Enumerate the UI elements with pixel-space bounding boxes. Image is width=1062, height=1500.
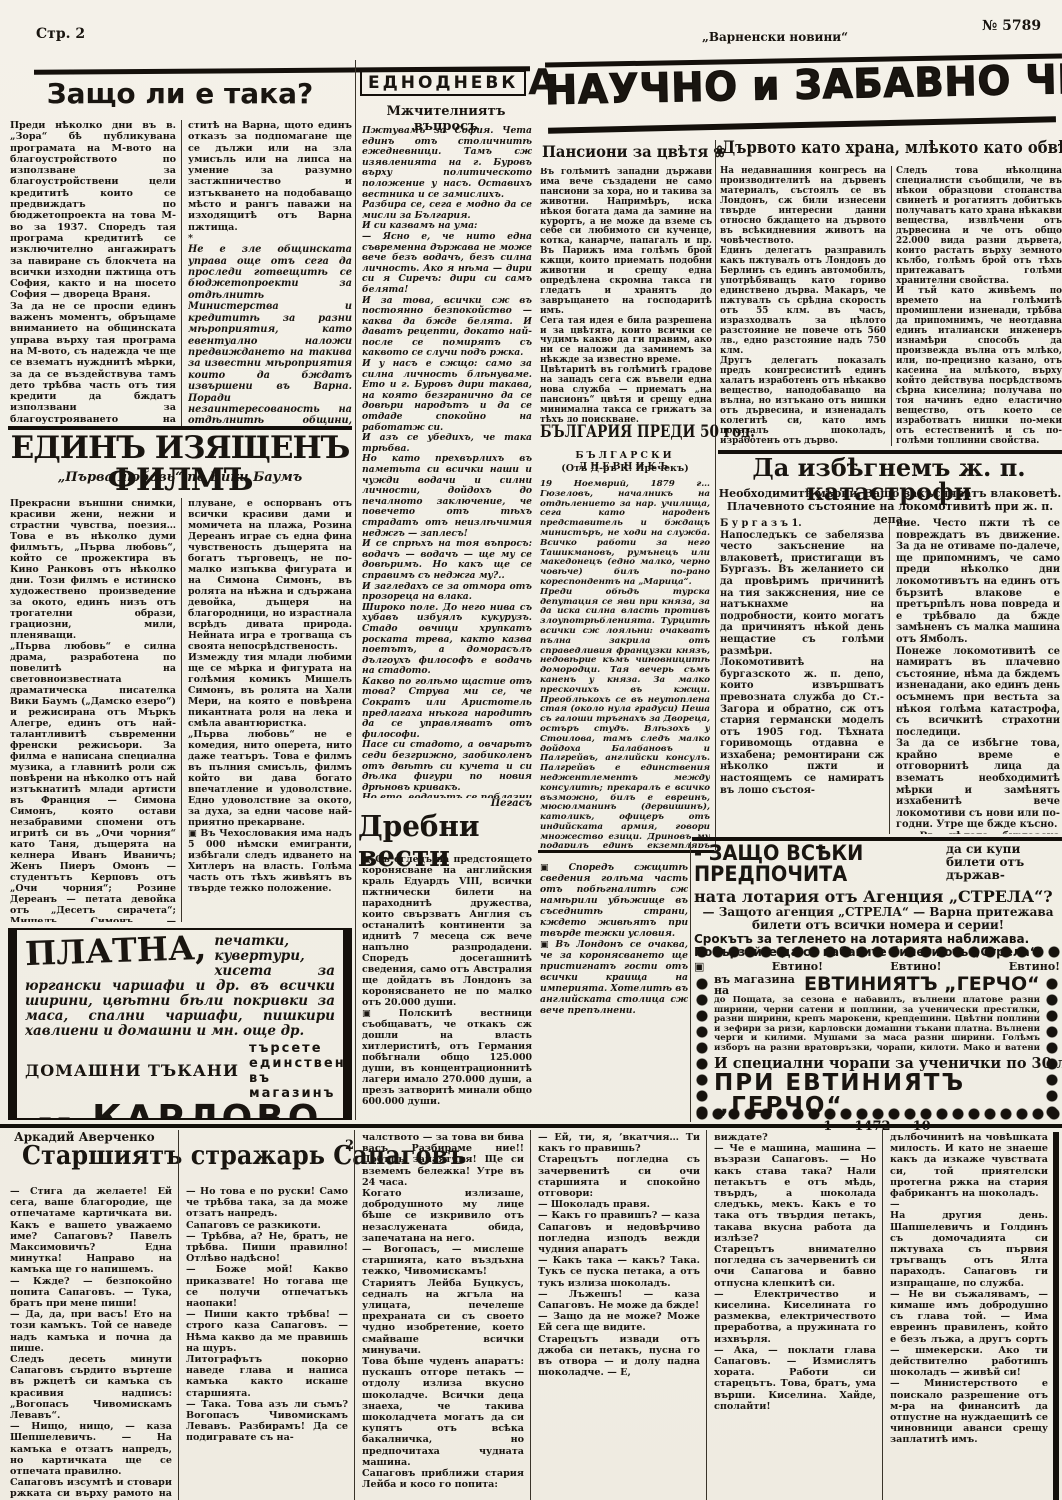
karlovo-tarsete: търсете единствено въ магазинъ: [249, 1041, 352, 1101]
column-rule: [706, 1130, 707, 1500]
film-col2: плуване, е оспорванъ отъ всички красиви …: [188, 498, 352, 922]
katastrofi-col1: Б у р г а з ъ 1. Напоследъкъ се забелязв…: [720, 518, 884, 834]
sapagov-title: Старшиятъ стражарь Сапаговъ: [22, 1143, 326, 1170]
pansioni-title: Пансиони за цвѣтя: [542, 142, 708, 161]
sapagov-col5: виждате? — Че е машина, машина — възрази…: [714, 1132, 876, 1500]
bulgaria-sub2: (Отъ Д-ръ К. Иречекъ): [540, 463, 710, 474]
newspaper-page: Стр. 2 „Варненски новини“ № 5789 Защо ли…: [0, 0, 1062, 1500]
section-rule: [0, 1124, 1062, 1128]
drebni-items: ▣ Съ огледъ на предстоящето коронясване …: [362, 854, 532, 1112]
dots-border: [694, 1106, 1060, 1122]
strela-line2: ната лотария отъ Агенция „СТРЕЛА“?: [694, 887, 1062, 906]
sapagov-col6: дълбочинитѣ на човѣшката милость. И като…: [890, 1132, 1048, 1500]
sapagov-page-num: 2: [345, 1138, 354, 1153]
dots-border: [1044, 976, 1060, 1122]
dots-border: [694, 944, 1060, 960]
strela-ad: - ЗАЩО ВСѢКИ ПРЕДПОЧИТА да си купи билет…: [694, 843, 1062, 960]
ednodnevka-signature: Пегасъ: [362, 798, 532, 809]
scan-edge-bar: [1053, 1132, 1059, 1500]
column-rule: [181, 498, 182, 922]
article-title-zashto: Защо ли е така?: [8, 80, 352, 109]
pansioni-body: Въ голѣмитѣ западни държави има вече съз…: [540, 168, 712, 422]
ednodnevka-body: Пжтувамъ за София. Чета единъ отъ столич…: [362, 126, 532, 798]
sapagov-col4: — Ей, ти, я, ’вкатчия… Ти какъ го правиш…: [538, 1132, 700, 1500]
evtino-label: Евтино!: [1009, 960, 1060, 973]
pansioni-title-row: Пансиони за цвѣтя ❀: [542, 142, 698, 161]
column-rule: [889, 518, 890, 834]
strela-headline: - ЗАЩО ВСѢКИ ПРЕДПОЧИТА: [694, 843, 926, 886]
zashto-col2: ститѣ на Варна, щото единъ отказъ за под…: [188, 120, 352, 426]
bulgaria-title: БЪЛГАРИЯ ПРЕДИ 50 год.: [540, 424, 679, 441]
column-rule: [690, 842, 691, 1122]
square-ornament-icon: ▣: [694, 960, 704, 973]
evtino-label: Евтино!: [890, 960, 941, 973]
zashto-col2-top: ститѣ на Варна, щото единъ отказъ за под…: [188, 120, 352, 244]
bulgaria-body: 19 Ноемврий, 1879 г… Гюзеловъ, началникъ…: [540, 480, 710, 848]
column-rule: [530, 1130, 531, 1500]
page-number-label: Стр. 2: [36, 26, 85, 42]
gercho-pre: въ магазина на: [714, 974, 804, 996]
film-title: ЕДИНЪ ИЗЯЩЕНЪ ФИЛМЪ: [8, 433, 352, 496]
ednodnevka-header: ЕДНОДНЕВК А: [360, 62, 536, 103]
section-rule: [538, 850, 714, 853]
sapagov-col2: — Но това е по руски! Само че трѣбва так…: [186, 1186, 348, 1500]
column-rule: [178, 1130, 179, 1500]
ednodnevka-box-title: ЕДНОДНЕВК: [360, 70, 526, 96]
drebni-items2: ▣ Споредъ сжщитѣ сведения голѣма часть о…: [540, 862, 688, 1120]
zashto-col2-italic: Не е зле общинската управа още отъ сега …: [188, 244, 352, 426]
karlovo-store-name: -- КАРЛОВО --: [25, 1101, 335, 1120]
strela-side: да си купи билети отъ държав-: [946, 843, 1058, 882]
column-rule: [882, 1130, 883, 1500]
dots-border: [694, 976, 710, 1122]
karlovo-big-word: ПЛАТНА,: [25, 934, 207, 971]
sapagov-col3: чалството — за това ви бива васъ Разбира…: [362, 1132, 524, 1500]
masthead: „Варненски новини“: [690, 30, 860, 44]
evtino-label: Евтино!: [772, 960, 823, 973]
column-rule: [355, 60, 356, 1120]
katastrofi-col2: ние. Често пжти тѣ се повреждатъ въ движ…: [896, 518, 1060, 834]
banner-underline: [548, 116, 1056, 134]
issue-number: № 5789: [982, 18, 1041, 34]
strela-line3: — Защото агенция „СТРЕЛА“ — Варна притеж…: [694, 906, 1062, 933]
zashto-col1: Преди нѣколко дни въ в. „Зора“ бѣ публик…: [10, 120, 176, 426]
sapagov-col1: — Стига да желаете! Ей сега, ваше благор…: [10, 1186, 172, 1500]
karlovo-ad: ПЛАТНА, печатки, кувертури, хисета за юр…: [8, 928, 352, 1120]
karlovo-domashni: ДОМАШНИ ТЪКАНИ: [25, 1063, 239, 1079]
column-rule: [181, 120, 182, 426]
strela-evtino-row: ▣ Евтино! Евтино! Евтино!: [694, 960, 1060, 973]
film-subtitle: „Първа любовь“ по Вики Баумъ: [8, 470, 352, 485]
darvoto-title: Дървото като храна, млѣкото като обвѣкло: [722, 140, 1018, 157]
film-col1: Прекрасни външни снимки, красиви жени, н…: [10, 498, 176, 922]
gercho-body: до Пощата, за сезона е набавилъ, вълнени…: [714, 996, 1040, 1054]
gercho-name: ЕВТИНИЯТЪ „ГЕРЧО“: [804, 975, 1040, 994]
column-rule: [354, 1130, 355, 1500]
darvoto-body: На недавнашния конгресъ на производители…: [720, 166, 1062, 446]
